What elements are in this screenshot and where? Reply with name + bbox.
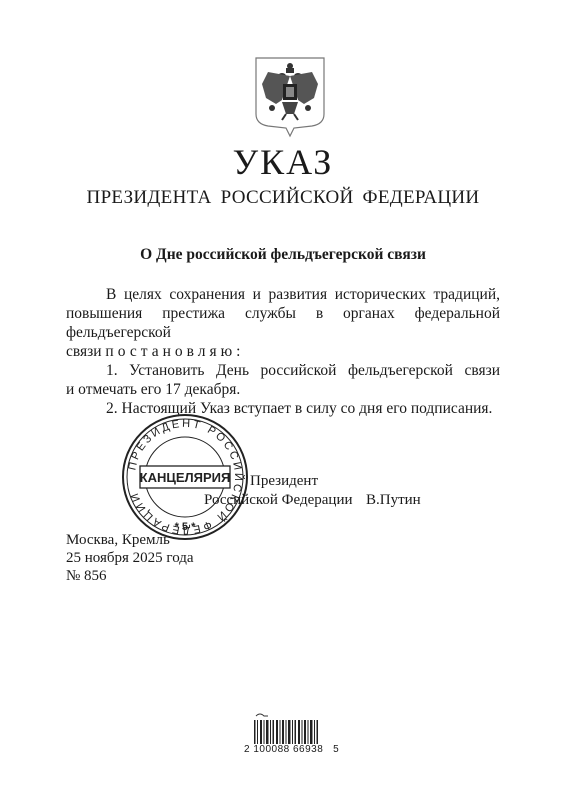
- decree-heading: О Дне российской фельдъегерской связи: [0, 245, 566, 265]
- coat-of-arms-icon: [252, 54, 328, 140]
- signing-date: 25 ноября 2025 года: [66, 549, 194, 567]
- barcode-digits: 2 100088 66938 5: [244, 744, 339, 755]
- preamble-line-1: В целях сохранения и развития историческ…: [66, 285, 500, 304]
- preamble-line-2: повышения престижа службы в органах феде…: [66, 304, 500, 342]
- item-1-line-1: 1. Установить День российской фельдъегер…: [66, 361, 500, 380]
- signing-place: Москва, Кремль: [66, 531, 170, 549]
- barcode-icon: [248, 712, 328, 746]
- preamble-prefix: связи: [66, 343, 105, 360]
- signatory-title: Президент: [250, 472, 318, 491]
- signatory-title-line-2: Российской Федерации: [204, 491, 353, 510]
- svg-text:КАНЦЕЛЯРИЯ: КАНЦЕЛЯРИЯ: [140, 470, 231, 485]
- official-stamp: ПРЕЗИДЕНТ РОССИЙСКОЙ ФЕДЕРАЦИИ КАНЦЕЛЯРИ…: [120, 412, 250, 542]
- svg-text:* 5 *: * 5 *: [175, 521, 197, 533]
- signatory-name: В.Путин: [366, 491, 421, 510]
- decree-body: В целях сохранения и развития историческ…: [66, 285, 500, 418]
- preamble-line-3: связи постановляю:: [66, 342, 500, 361]
- item-1-line-2: и отмечать его 17 декабря.: [66, 380, 500, 399]
- document-title: УКАЗ: [0, 142, 566, 182]
- decree-number: № 856: [66, 567, 107, 585]
- preamble-keyword: постановляю:: [105, 343, 244, 360]
- document-subtitle: ПРЕЗИДЕНТА РОССИЙСКОЙ ФЕДЕРАЦИИ: [0, 186, 566, 210]
